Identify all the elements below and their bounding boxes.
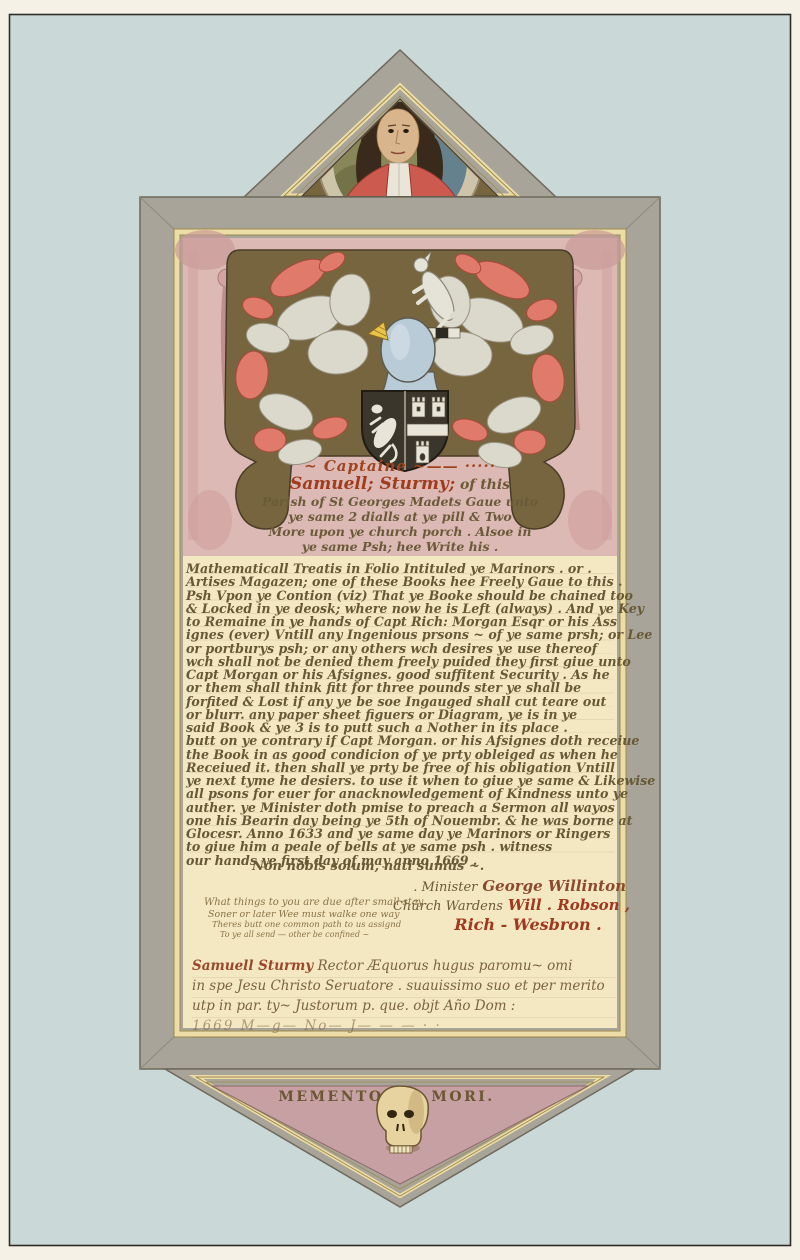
inscription-line: Artises Magazen; one of these Books hee … — [186, 575, 620, 588]
memento-text: MEMENTO — [266, 1089, 396, 1105]
heading-line: Parish of St Georges Madets Gaue unto — [190, 494, 610, 509]
heading-name-suffix: of this — [455, 477, 510, 493]
heading-captaine: ~ Captaine ~—— ····· — [190, 458, 610, 474]
inscription-heading: ~ Captaine ~—— ····· Samuell; Sturmy; of… — [190, 458, 610, 554]
inscription-line: to Remaine in ye hands of Capt Rich: Mor… — [186, 615, 620, 628]
inscription-line: auther. ye Minister doth pmise to preach… — [186, 801, 620, 814]
inscription-line: the Book in as good condicion of ye prty… — [186, 748, 620, 761]
inscription-line: or them shall think fitt for three pound… — [186, 681, 620, 694]
inscription-line: Mathematicall Treatis in Folio Intituled… — [186, 562, 620, 575]
latin-epitaph: Samuell Sturmy Rector Æquorus hugus paro… — [192, 956, 622, 1036]
latin-line-rest: Rector Æquorus hugus paromu~ omi — [313, 958, 572, 974]
inscription-body: Mathematicall Treatis in Folio Intituled… — [186, 562, 620, 867]
latin-line: in spe Jesu Christo Seruatore . suauissi… — [192, 976, 622, 996]
portrait-face — [377, 109, 419, 163]
latin-motto: Non nobis solum, nati sumus ~. — [252, 859, 484, 874]
inscription-line: or blurr. any paper sheet figuers or Dia… — [186, 708, 620, 721]
minister-label: . Minister — [413, 880, 477, 895]
latin-line: 1669 M—g— No— J— — — · · — [192, 1016, 622, 1036]
memorial-painting: ~ Captaine ~—— ····· Samuell; Sturmy; of… — [0, 0, 800, 1260]
faint-verse: What things to you are due after small s… — [204, 897, 423, 940]
inscription-line: ye next tyme he desiers. to use it when … — [186, 774, 620, 787]
inscription-line: or portburys psh; or any others wch desi… — [186, 642, 620, 655]
minister-signature: . MinisterGeorge Willinton — [320, 877, 626, 895]
latin-line: Samuell Sturmy Rector Æquorus hugus paro… — [192, 956, 622, 976]
verse-line: Theres butt one common path to us assign… — [204, 920, 423, 930]
heading-line: More upon ye church porch . Alsoe in — [190, 524, 610, 539]
inscription-line: Capt Morgan or his Afsignes. good suffit… — [186, 668, 620, 681]
latin-line: utp in par. ty~ Justorum p. que. objt Añ… — [192, 996, 622, 1016]
inscription-line: to giue him a peale of bells at ye same … — [186, 840, 620, 853]
verse-line: What things to you are due after small s… — [204, 897, 423, 909]
mori-text: MORI. — [408, 1089, 518, 1105]
latin-name: Samuell Sturmy — [192, 958, 313, 974]
heading-line: ye same Psh; hee Write his . — [190, 539, 610, 554]
inscription-line: ignes (ever) Vntill any Ingenious prsons… — [186, 628, 620, 641]
warden-name: Will . Robson , — [503, 896, 630, 914]
inscription-line: & Locked in ye deosk; where now he is Le… — [186, 602, 620, 615]
inscription-line: forfited & Lost if any ye be soe Ingauge… — [186, 695, 620, 708]
inscription-line: one his Bearin day being ye 5th of Nouem… — [186, 814, 620, 827]
heading-line: ye same 2 dialls at ye pill & Two — [190, 509, 610, 524]
heading-name: Samuell; Sturmy; — [290, 474, 455, 494]
inscription-line: all psons for euer for anacknowledgement… — [186, 787, 620, 800]
inscription-line: Glocesr. Anno 1633 and ye same day ye Ma… — [186, 827, 620, 840]
verse-line: Soner or later Wee must walke one way — [204, 909, 423, 920]
minister-name: George Willinton — [477, 877, 626, 895]
inscription-line: said Book & ye 3 is to putt such a Nothe… — [186, 721, 620, 734]
inscription-line: butt on ye contrary if Capt Morgan. or h… — [186, 734, 620, 747]
inscription-line: wch shall not be denied them freely puid… — [186, 655, 620, 668]
inscription-line: Psh Vpon ye Contion (viz) That ye Booke … — [186, 589, 620, 602]
verse-line: To ye all send — other be confined ~ — [204, 930, 423, 940]
inscription-line: Receiued it. then shall ye prty be free … — [186, 761, 620, 774]
warden-name-2: Rich - Wesbron . — [430, 915, 626, 934]
